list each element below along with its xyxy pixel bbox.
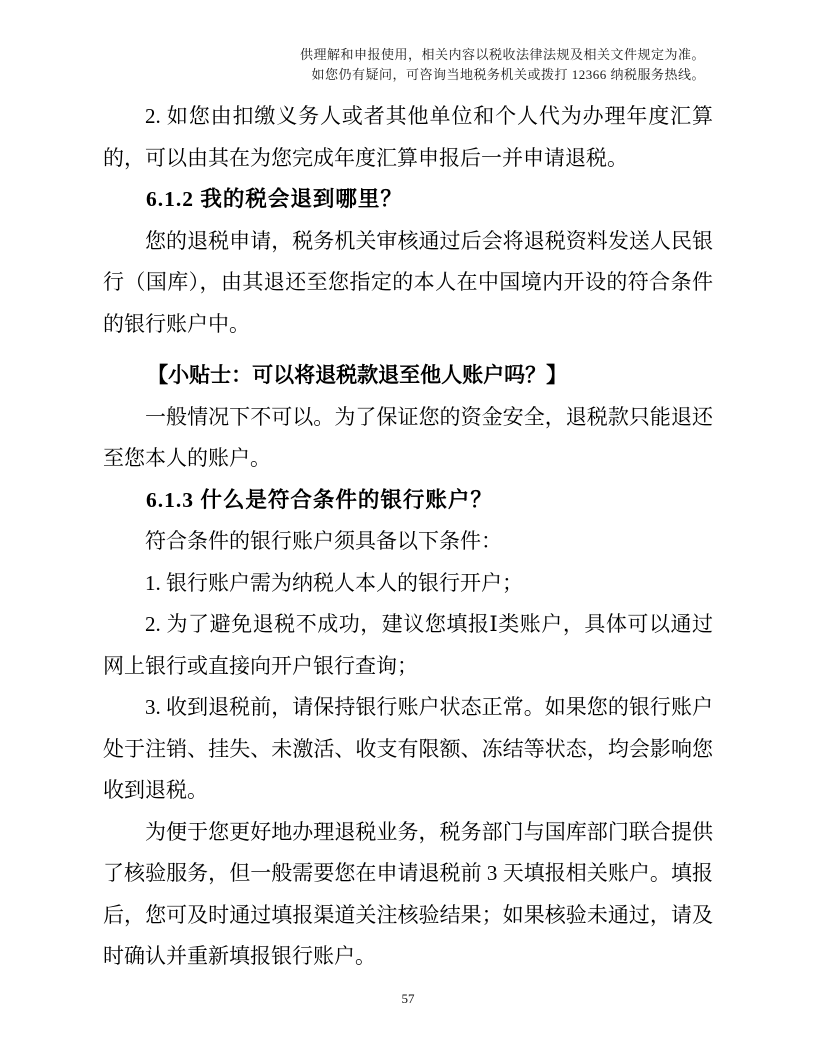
paragraph-conditions-intro: 符合条件的银行账户须具备以下条件： bbox=[103, 521, 713, 563]
paragraph-condition-2: 2. 为了避免退税不成功，建议您填报Ⅰ类账户，具体可以通过网上银行或直接向开户银… bbox=[103, 604, 713, 687]
tip-heading-refund-to-others: 【小贴士：可以将退税款退至他人账户吗？】 bbox=[103, 355, 713, 397]
document-body: 2. 如您由扣缴义务人或者其他单位和个人代为办理年度汇算的，可以由其在为您完成年… bbox=[103, 96, 713, 978]
paragraph-condition-1: 1. 银行账户需为纳税人本人的银行开户； bbox=[103, 563, 713, 605]
paragraph-condition-3: 3. 收到退税前，请保持银行账户状态正常。如果您的银行账户处于注销、挂失、未激活… bbox=[103, 687, 713, 812]
section-heading-6-1-2: 6.1.2 我的税会退到哪里？ bbox=[103, 179, 713, 221]
page-header-disclaimer: 供理解和申报使用，相关内容以税收法律法规及相关文件规定为准。 如您仍有疑问，可咨… bbox=[300, 45, 705, 85]
paragraph-refund-by-withholding-agent: 2. 如您由扣缴义务人或者其他单位和个人代为办理年度汇算的，可以由其在为您完成年… bbox=[103, 96, 713, 179]
header-disclaimer-line1: 供理解和申报使用，相关内容以税收法律法规及相关文件规定为准。 bbox=[300, 45, 705, 65]
paragraph-verification-service: 为便于您更好地办理退税业务，税务部门与国库部门联合提供了核验服务，但一般需要您在… bbox=[103, 812, 713, 978]
header-disclaimer-line2: 如您仍有疑问，可咨询当地税务机关或拨打 12366 纳税服务热线。 bbox=[300, 65, 705, 85]
document-page: 供理解和申报使用，相关内容以税收法律法规及相关文件规定为准。 如您仍有疑问，可咨… bbox=[0, 0, 816, 1056]
page-number: 57 bbox=[402, 991, 415, 1006]
paragraph-refund-destination: 您的退税申请，税务机关审核通过后会将退税资料发送人民银行（国库），由其退还至您指… bbox=[103, 221, 713, 346]
page-footer: 57 bbox=[0, 991, 816, 1007]
paragraph-tip-answer: 一般情况下不可以。为了保证您的资金安全，退税款只能退还至您本人的账户。 bbox=[103, 397, 713, 480]
section-heading-6-1-3: 6.1.3 什么是符合条件的银行账户？ bbox=[103, 480, 713, 522]
